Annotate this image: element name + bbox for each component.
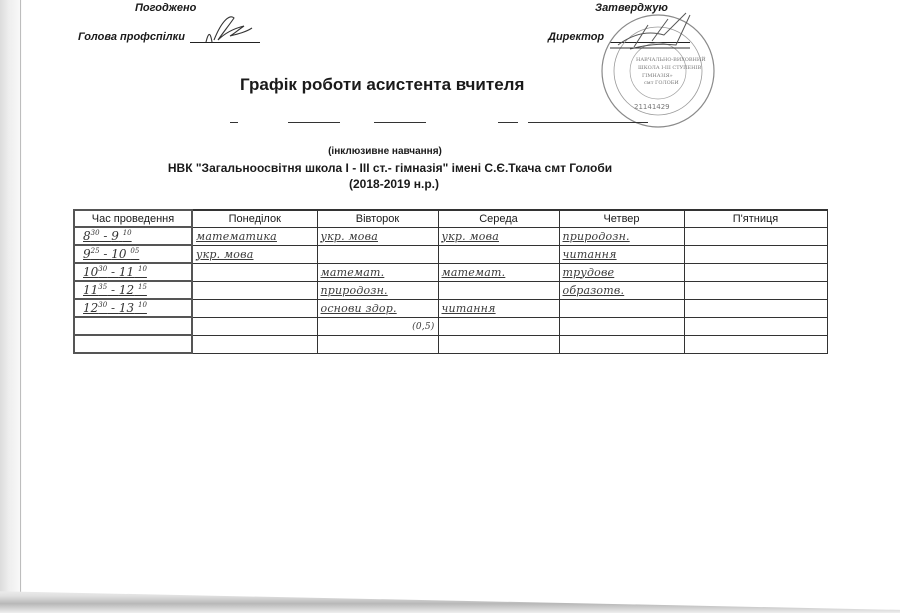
lesson-cell [559, 317, 684, 335]
lesson-cell [438, 245, 559, 263]
column-header: Понеділок [192, 210, 317, 227]
column-header: П'ятниця [684, 210, 827, 227]
lesson-cell: укр. мова [192, 245, 317, 263]
lesson-cell: читання [559, 245, 684, 263]
date-fill-lines [200, 112, 640, 126]
academic-year: (2018-2019 н.р.) [0, 177, 900, 191]
approved-label: Погоджено [135, 2, 196, 14]
lesson-cell [317, 335, 438, 353]
time-cell: 1030 - 11 10 [74, 263, 192, 281]
time-cell [74, 335, 192, 353]
lesson-cell: (0,5) [317, 317, 438, 335]
lesson-cell: образотв. [559, 281, 684, 299]
union-head-label: Голова профспілки [78, 31, 185, 43]
lesson-cell: природозн. [317, 281, 438, 299]
subtitle-text: (інклюзивне навчання) [328, 146, 442, 157]
lesson-cell: математ. [438, 263, 559, 281]
time-cell [74, 317, 192, 335]
lesson-cell [192, 281, 317, 299]
svg-text:НАВЧАЛЬНО-ВИХОВНИЙ: НАВЧАЛЬНО-ВИХОВНИЙ [636, 55, 706, 63]
table-row: (0,5) [74, 317, 827, 335]
time-cell: 830 - 9 10 [74, 227, 192, 245]
scan-page-bottom-edge [0, 582, 900, 613]
lesson-cell: математика [192, 227, 317, 245]
lesson-cell [559, 299, 684, 317]
time-cell: 1135 - 12 15 [74, 281, 192, 299]
svg-text:ШКОЛА І-ІІІ СТУПЕНІВ: ШКОЛА І-ІІІ СТУПЕНІВ [638, 65, 702, 71]
school-name: НВК "Загальноосвітня школа І - ІІІ ст.- … [0, 161, 900, 175]
lesson-cell [684, 227, 827, 245]
lesson-cell [438, 317, 559, 335]
lesson-cell [684, 299, 827, 317]
table-header-row: Час проведення Понеділок Вівторок Середа… [74, 210, 827, 227]
lesson-cell: укр. мова [317, 227, 438, 245]
table-row: 1135 - 12 15 природозн. образотв. [74, 281, 827, 299]
table-row [74, 335, 827, 353]
lesson-cell [684, 245, 827, 263]
lesson-cell [684, 263, 827, 281]
page-title: Графік роботи асистента вчителя [240, 75, 524, 95]
lesson-cell: математ. [317, 263, 438, 281]
lesson-cell [317, 245, 438, 263]
lesson-cell [684, 335, 827, 353]
lesson-cell: трудове [559, 263, 684, 281]
lesson-cell: укр. мова [438, 227, 559, 245]
svg-text:21141429: 21141429 [634, 103, 670, 111]
school-name-text: НВК "Загальноосвітня школа І - ІІІ ст.- … [168, 161, 612, 175]
column-header: Середа [438, 210, 559, 227]
lesson-cell: природозн. [559, 227, 684, 245]
lesson-cell [684, 317, 827, 335]
column-header: Вівторок [317, 210, 438, 227]
lesson-cell [684, 281, 827, 299]
scan-page-edge [0, 0, 22, 600]
academic-year-text: (2018-2019 н.р.) [349, 177, 439, 191]
signature-icon [200, 12, 260, 44]
lesson-cell: читання [438, 299, 559, 317]
table-row: 830 - 9 10 математика укр. мова укр. мов… [74, 227, 827, 245]
lesson-cell [438, 281, 559, 299]
lesson-cell [192, 263, 317, 281]
table-row: 925 - 10 05 укр. мова читання [74, 245, 827, 263]
table-row: 1230 - 13 10 основи здор. читання [74, 299, 827, 317]
lesson-cell [438, 335, 559, 353]
subtitle: (інклюзивне навчання) [0, 146, 900, 157]
schedule-table: Час проведення Понеділок Вівторок Середа… [73, 209, 828, 354]
lesson-cell [192, 299, 317, 317]
svg-text:смт ГОЛОБИ: смт ГОЛОБИ [644, 80, 679, 86]
table-row: 1030 - 11 10 математ. математ. трудове [74, 263, 827, 281]
time-cell: 1230 - 13 10 [74, 299, 192, 317]
lesson-cell [192, 335, 317, 353]
column-header: Час проведення [74, 210, 192, 227]
svg-text:ГІМНАЗІЯ»: ГІМНАЗІЯ» [642, 73, 673, 79]
lesson-cell [559, 335, 684, 353]
lesson-cell: основи здор. [317, 299, 438, 317]
column-header: Четвер [559, 210, 684, 227]
lesson-cell [192, 317, 317, 335]
time-cell: 925 - 10 05 [74, 245, 192, 263]
